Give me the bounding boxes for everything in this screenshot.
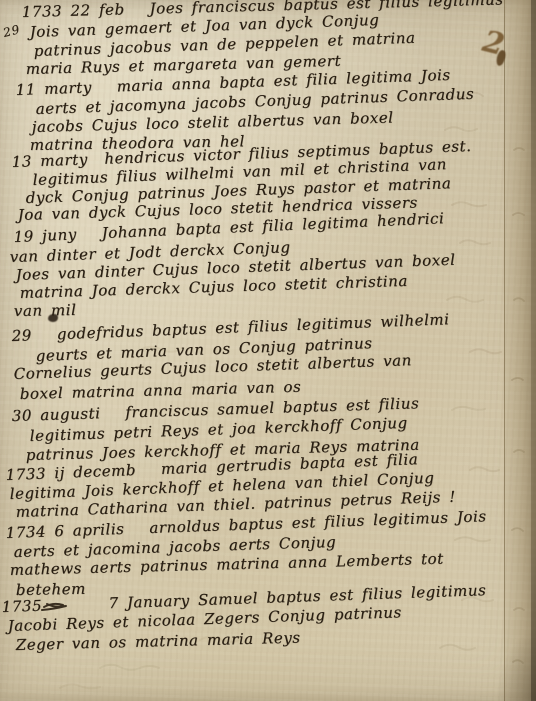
manuscript-page: 29 2 1733 22 feb Joes franciscus baptus … (0, 0, 536, 701)
margin-folio-number: 29 (2, 22, 22, 40)
scan-edge-shadow (531, 0, 536, 701)
register-line: van mil (14, 302, 77, 320)
corner-shadow (496, 631, 536, 701)
